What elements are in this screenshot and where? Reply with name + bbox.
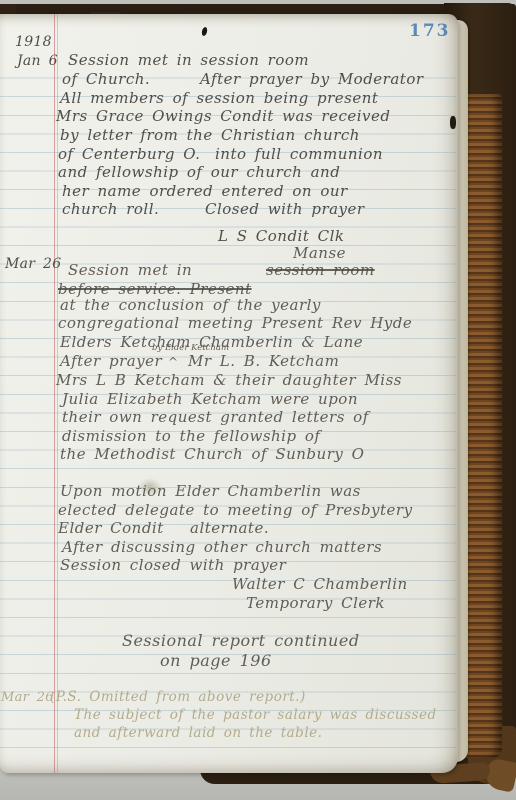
line-segment: After prayer <box>60 353 162 370</box>
margin-rule-line <box>54 14 55 773</box>
continued-note-line: Sessional report continued <box>122 632 360 650</box>
margin-year: 1918 <box>15 35 52 50</box>
pencil-postscript-line: and afterward laid on the table. <box>74 726 322 741</box>
handwritten-line: congregational meeting Present Rev Hyde <box>58 315 412 332</box>
line-segment: of Centerburg O. <box>58 146 200 163</box>
inserted-word: Manse <box>293 245 346 262</box>
continued-note-line: on page 196 <box>160 652 272 670</box>
struck-text: session room <box>266 262 375 279</box>
line-segment: After prayer by Moderator <box>200 71 424 88</box>
margin-date-jan6: Jan 6 <box>17 54 58 69</box>
margin-date-mar26: Mar 26 <box>5 257 61 272</box>
handwritten-line: her name ordered entered on our <box>62 183 348 200</box>
page-edge-mark <box>450 116 456 129</box>
handwritten-line: by letter from the Christian church <box>60 127 360 144</box>
page-number-stamp: 173 <box>409 21 451 41</box>
line-segment: into full communion <box>215 146 383 163</box>
handwritten-line: Session met in session room <box>68 52 309 69</box>
margin-rule-line <box>57 14 58 773</box>
clerk-signature-name: Walter C Chamberlin <box>232 576 408 593</box>
handwritten-line: the Methodist Church of Sunbury O <box>60 446 364 463</box>
handwritten-line: elected delegate to meeting of Presbyter… <box>58 502 413 519</box>
handwritten-line: Mrs Grace Owings Condit was received <box>56 108 391 125</box>
handwritten-line: After discussing other church matters <box>62 539 382 556</box>
line-segment: Elder Condit <box>58 520 164 537</box>
margin-date-pencil: Mar 26 <box>1 691 54 705</box>
clerk-signature: L S Condit Clk <box>218 228 345 245</box>
handwritten-line: dismission to the fellowship of <box>62 428 320 445</box>
ledger-scan-photo: 173 1918 Jan 6 Mar 26 Mar 26 Session met… <box>0 0 516 800</box>
handwritten-line: Mrs L B Ketcham & their daughter Miss <box>56 372 402 389</box>
handwritten-line: their own request granted letters of <box>62 409 369 426</box>
handwritten-line: Upon motion Elder Chamberlin was <box>60 483 361 500</box>
handwritten-line: Julia Elizabeth Ketcham were upon <box>62 391 358 408</box>
line-segment: Mr L. B. Ketcham <box>188 353 339 370</box>
line-segment: Closed with prayer <box>205 201 365 218</box>
line-segment: alternate. <box>190 520 269 537</box>
line-segment: church roll. <box>62 201 159 218</box>
handwritten-line: All members of session being present <box>60 90 378 107</box>
handwritten-line: and fellowship of our church and <box>58 164 340 181</box>
line-segment: Session met in <box>68 262 192 279</box>
line-segment: of Church. <box>62 71 150 88</box>
caret-mark: ^ <box>168 356 179 369</box>
pencil-postscript-line: The subject of the pastor salary was dis… <box>74 708 437 723</box>
handwritten-line: Session closed with prayer <box>60 557 286 574</box>
clerk-signature-title: Temporary Clerk <box>246 595 385 612</box>
pencil-postscript-line: (P.S. Omitted from above report.) <box>50 690 306 705</box>
handwritten-line: at the conclusion of the yearly <box>60 297 321 314</box>
